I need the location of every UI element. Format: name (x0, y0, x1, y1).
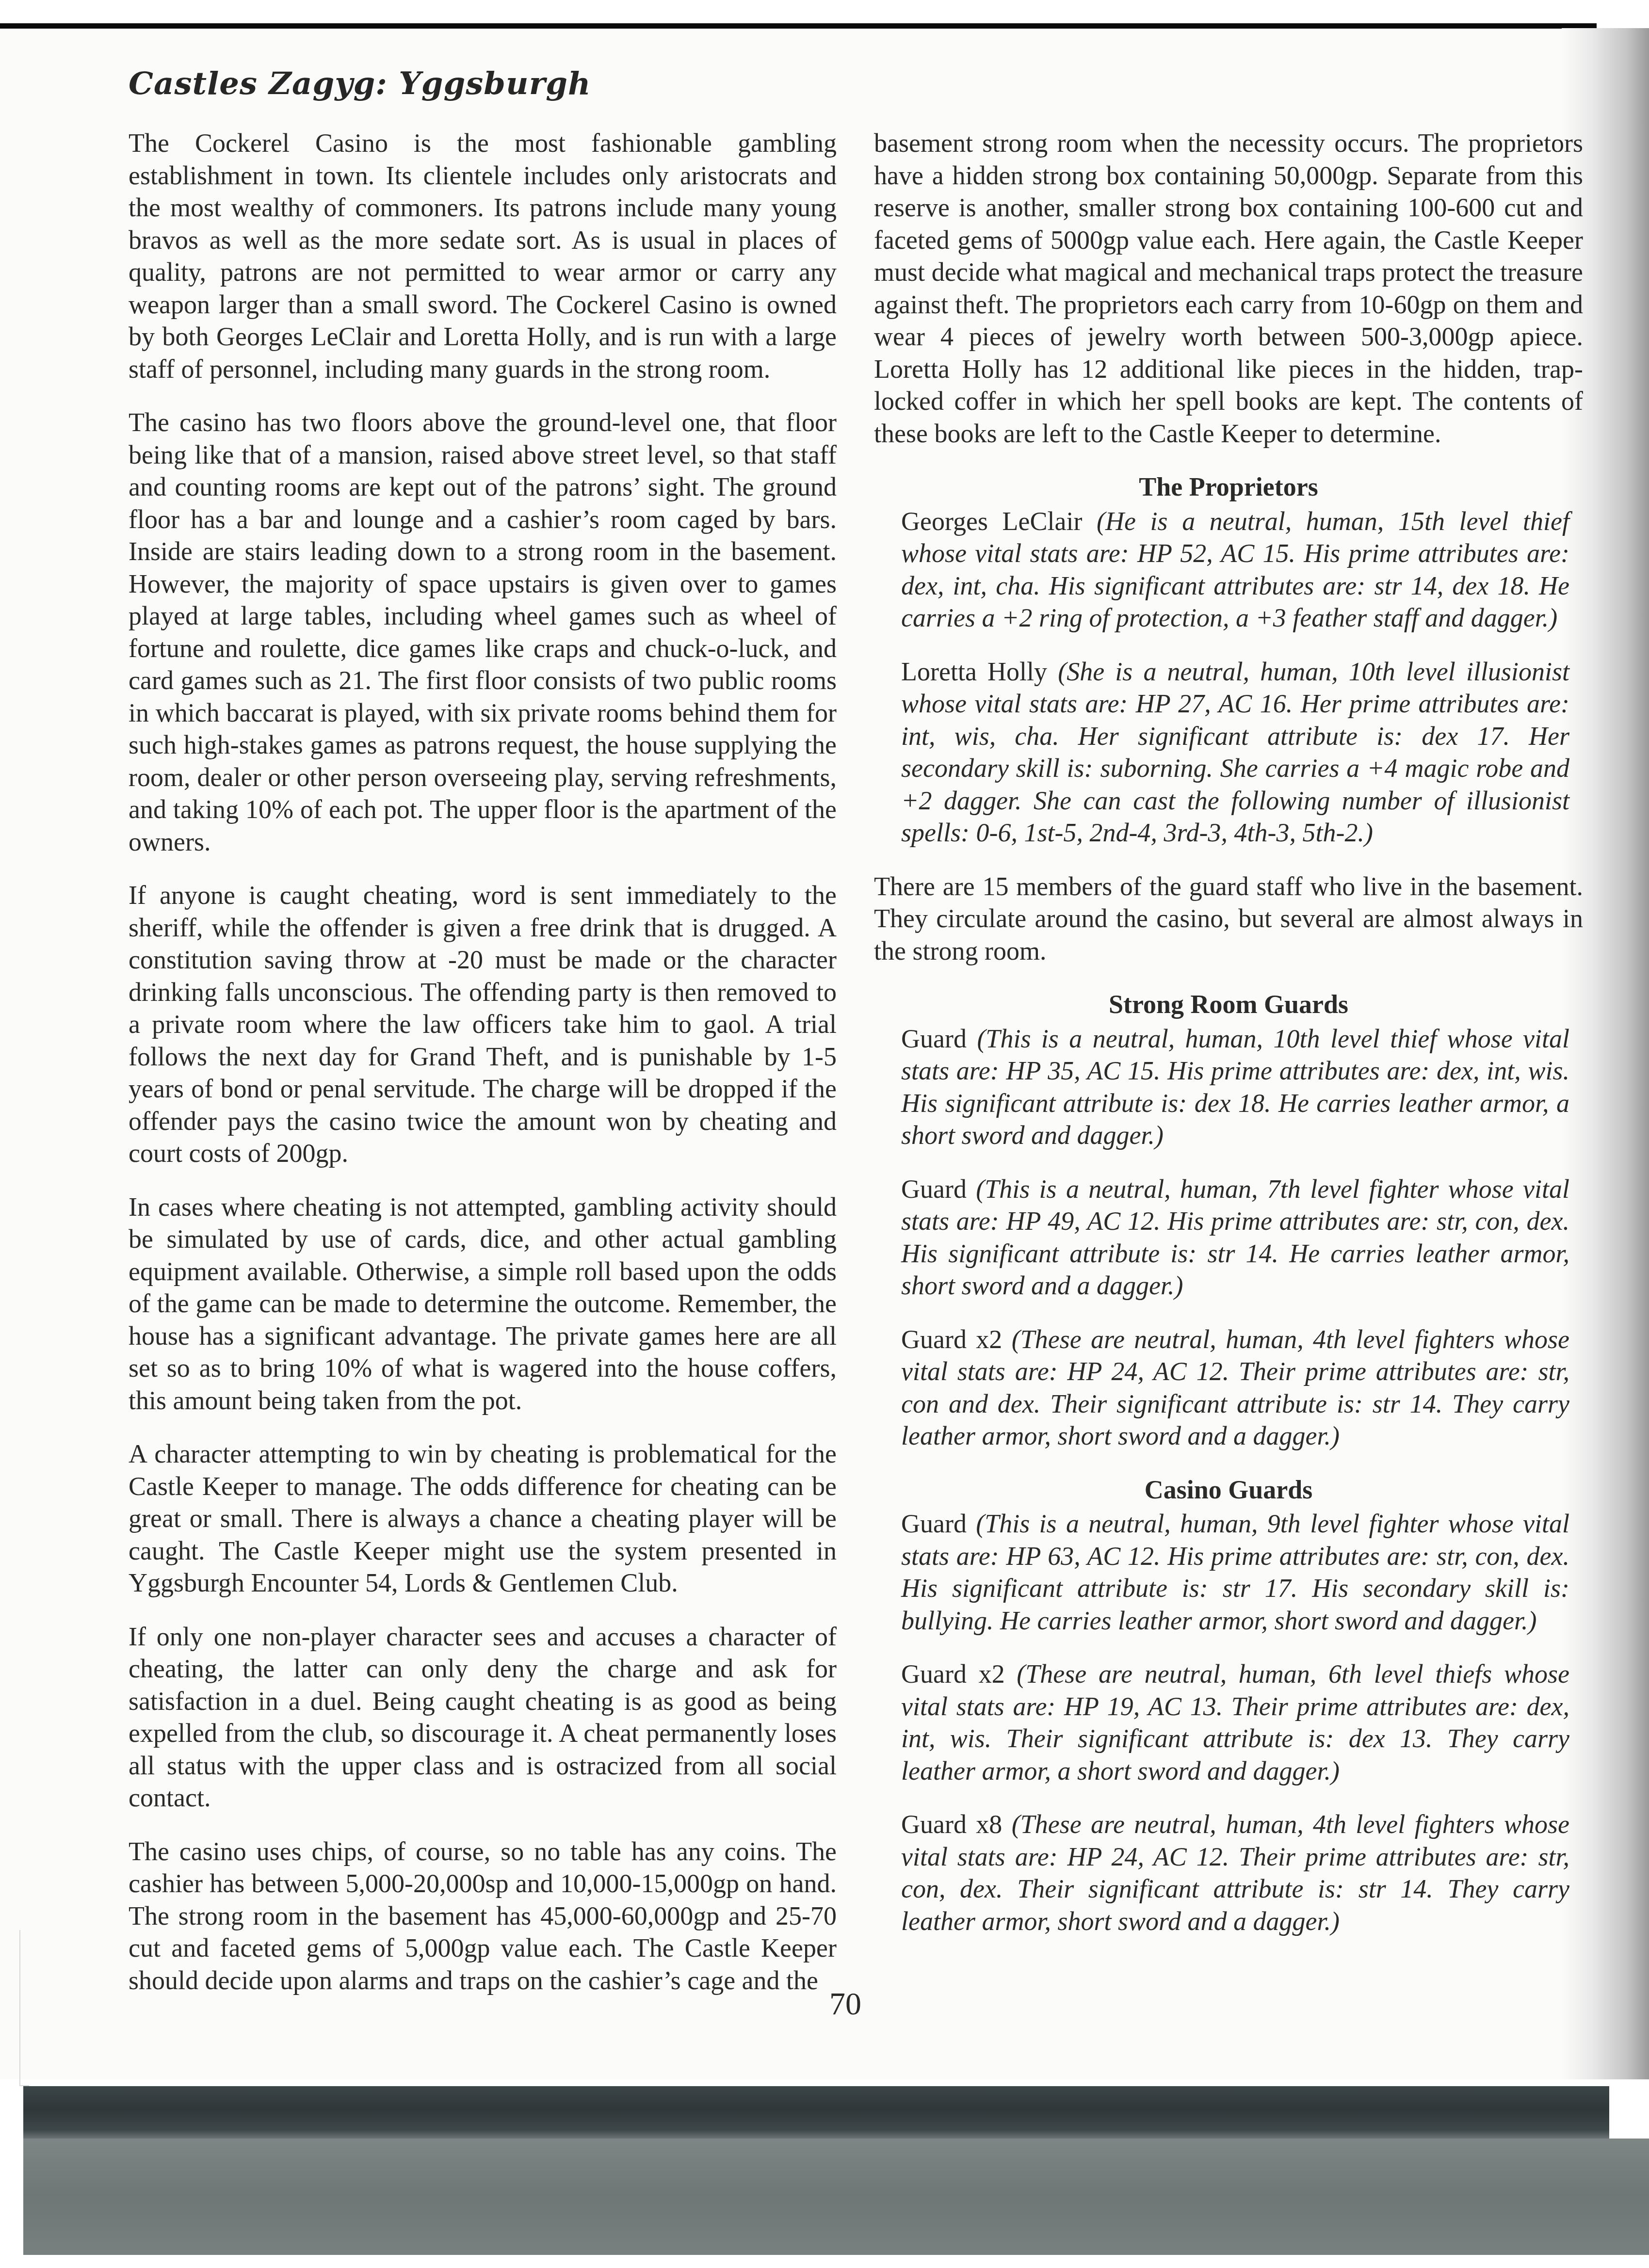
body-paragraph: The casino uses chips, of course, so no … (129, 1835, 837, 1997)
stacked-page-edge (19, 1930, 29, 2086)
character-stats: (This is a neutral, human, 9th level fig… (901, 1509, 1569, 1635)
left-column: The Cockerel Casino is the most fashiona… (129, 127, 837, 2018)
character-name: Guard x8 (901, 1810, 1002, 1839)
stat-block: Guard (This is a neutral, human, 7th lev… (874, 1173, 1583, 1302)
character-name: Georges LeClair (901, 507, 1082, 536)
body-paragraph: There are 15 members of the guard staff … (874, 870, 1583, 967)
body-paragraph: The casino has two floors above the grou… (129, 406, 837, 858)
body-paragraph: The Cockerel Casino is the most fashiona… (129, 127, 837, 385)
scan-margin (0, 2255, 1649, 2268)
character-name: Guard (901, 1024, 967, 1053)
section-heading-strong-room-guards: Strong Room Guards (874, 988, 1583, 1021)
book-cover-surface (23, 2139, 1649, 2255)
character-name: Guard (901, 1174, 967, 1204)
stat-block: Georges LeClair (He is a neutral, human,… (874, 505, 1583, 634)
stat-block: Guard (This is a neutral, human, 10th le… (874, 1023, 1583, 1152)
character-name: Guard x2 (901, 1659, 1005, 1689)
character-stats: (This is a neutral, human, 7th level fig… (901, 1174, 1569, 1301)
stat-block: Guard x2 (These are neutral, human, 4th … (874, 1323, 1583, 1452)
stat-block: Guard x2 (These are neutral, human, 6th … (874, 1658, 1583, 1787)
body-paragraph: A character attempting to win by cheatin… (129, 1438, 837, 1599)
page-header-title: Castles Zagyg: Yggsburgh (129, 65, 591, 102)
character-name: Guard x2 (901, 1325, 1002, 1354)
right-column: basement strong room when the necessity … (874, 127, 1583, 1959)
stat-block: Guard x8 (These are neutral, human, 4th … (874, 1808, 1583, 1937)
body-paragraph: basement strong room when the necessity … (874, 127, 1583, 450)
top-edge-rule (0, 23, 1597, 29)
character-stats: (This is a neutral, human, 10th level th… (901, 1024, 1569, 1150)
stat-block: Loretta Holly (She is a neutral, human, … (874, 656, 1583, 849)
page-number: 70 (829, 1986, 861, 2023)
body-paragraph: In cases where cheating is not attempted… (129, 1191, 837, 1417)
section-heading-casino-guards: Casino Guards (874, 1474, 1583, 1506)
character-name: Loretta Holly (901, 657, 1047, 686)
body-paragraph: If anyone is caught cheating, word is se… (129, 879, 837, 1170)
section-heading-proprietors: The Proprietors (874, 471, 1583, 503)
book-spine-edge (23, 2086, 1609, 2144)
body-paragraph: If only one non-player character sees an… (129, 1621, 837, 1814)
character-name: Guard (901, 1509, 967, 1538)
stat-block: Guard (This is a neutral, human, 9th lev… (874, 1508, 1583, 1637)
